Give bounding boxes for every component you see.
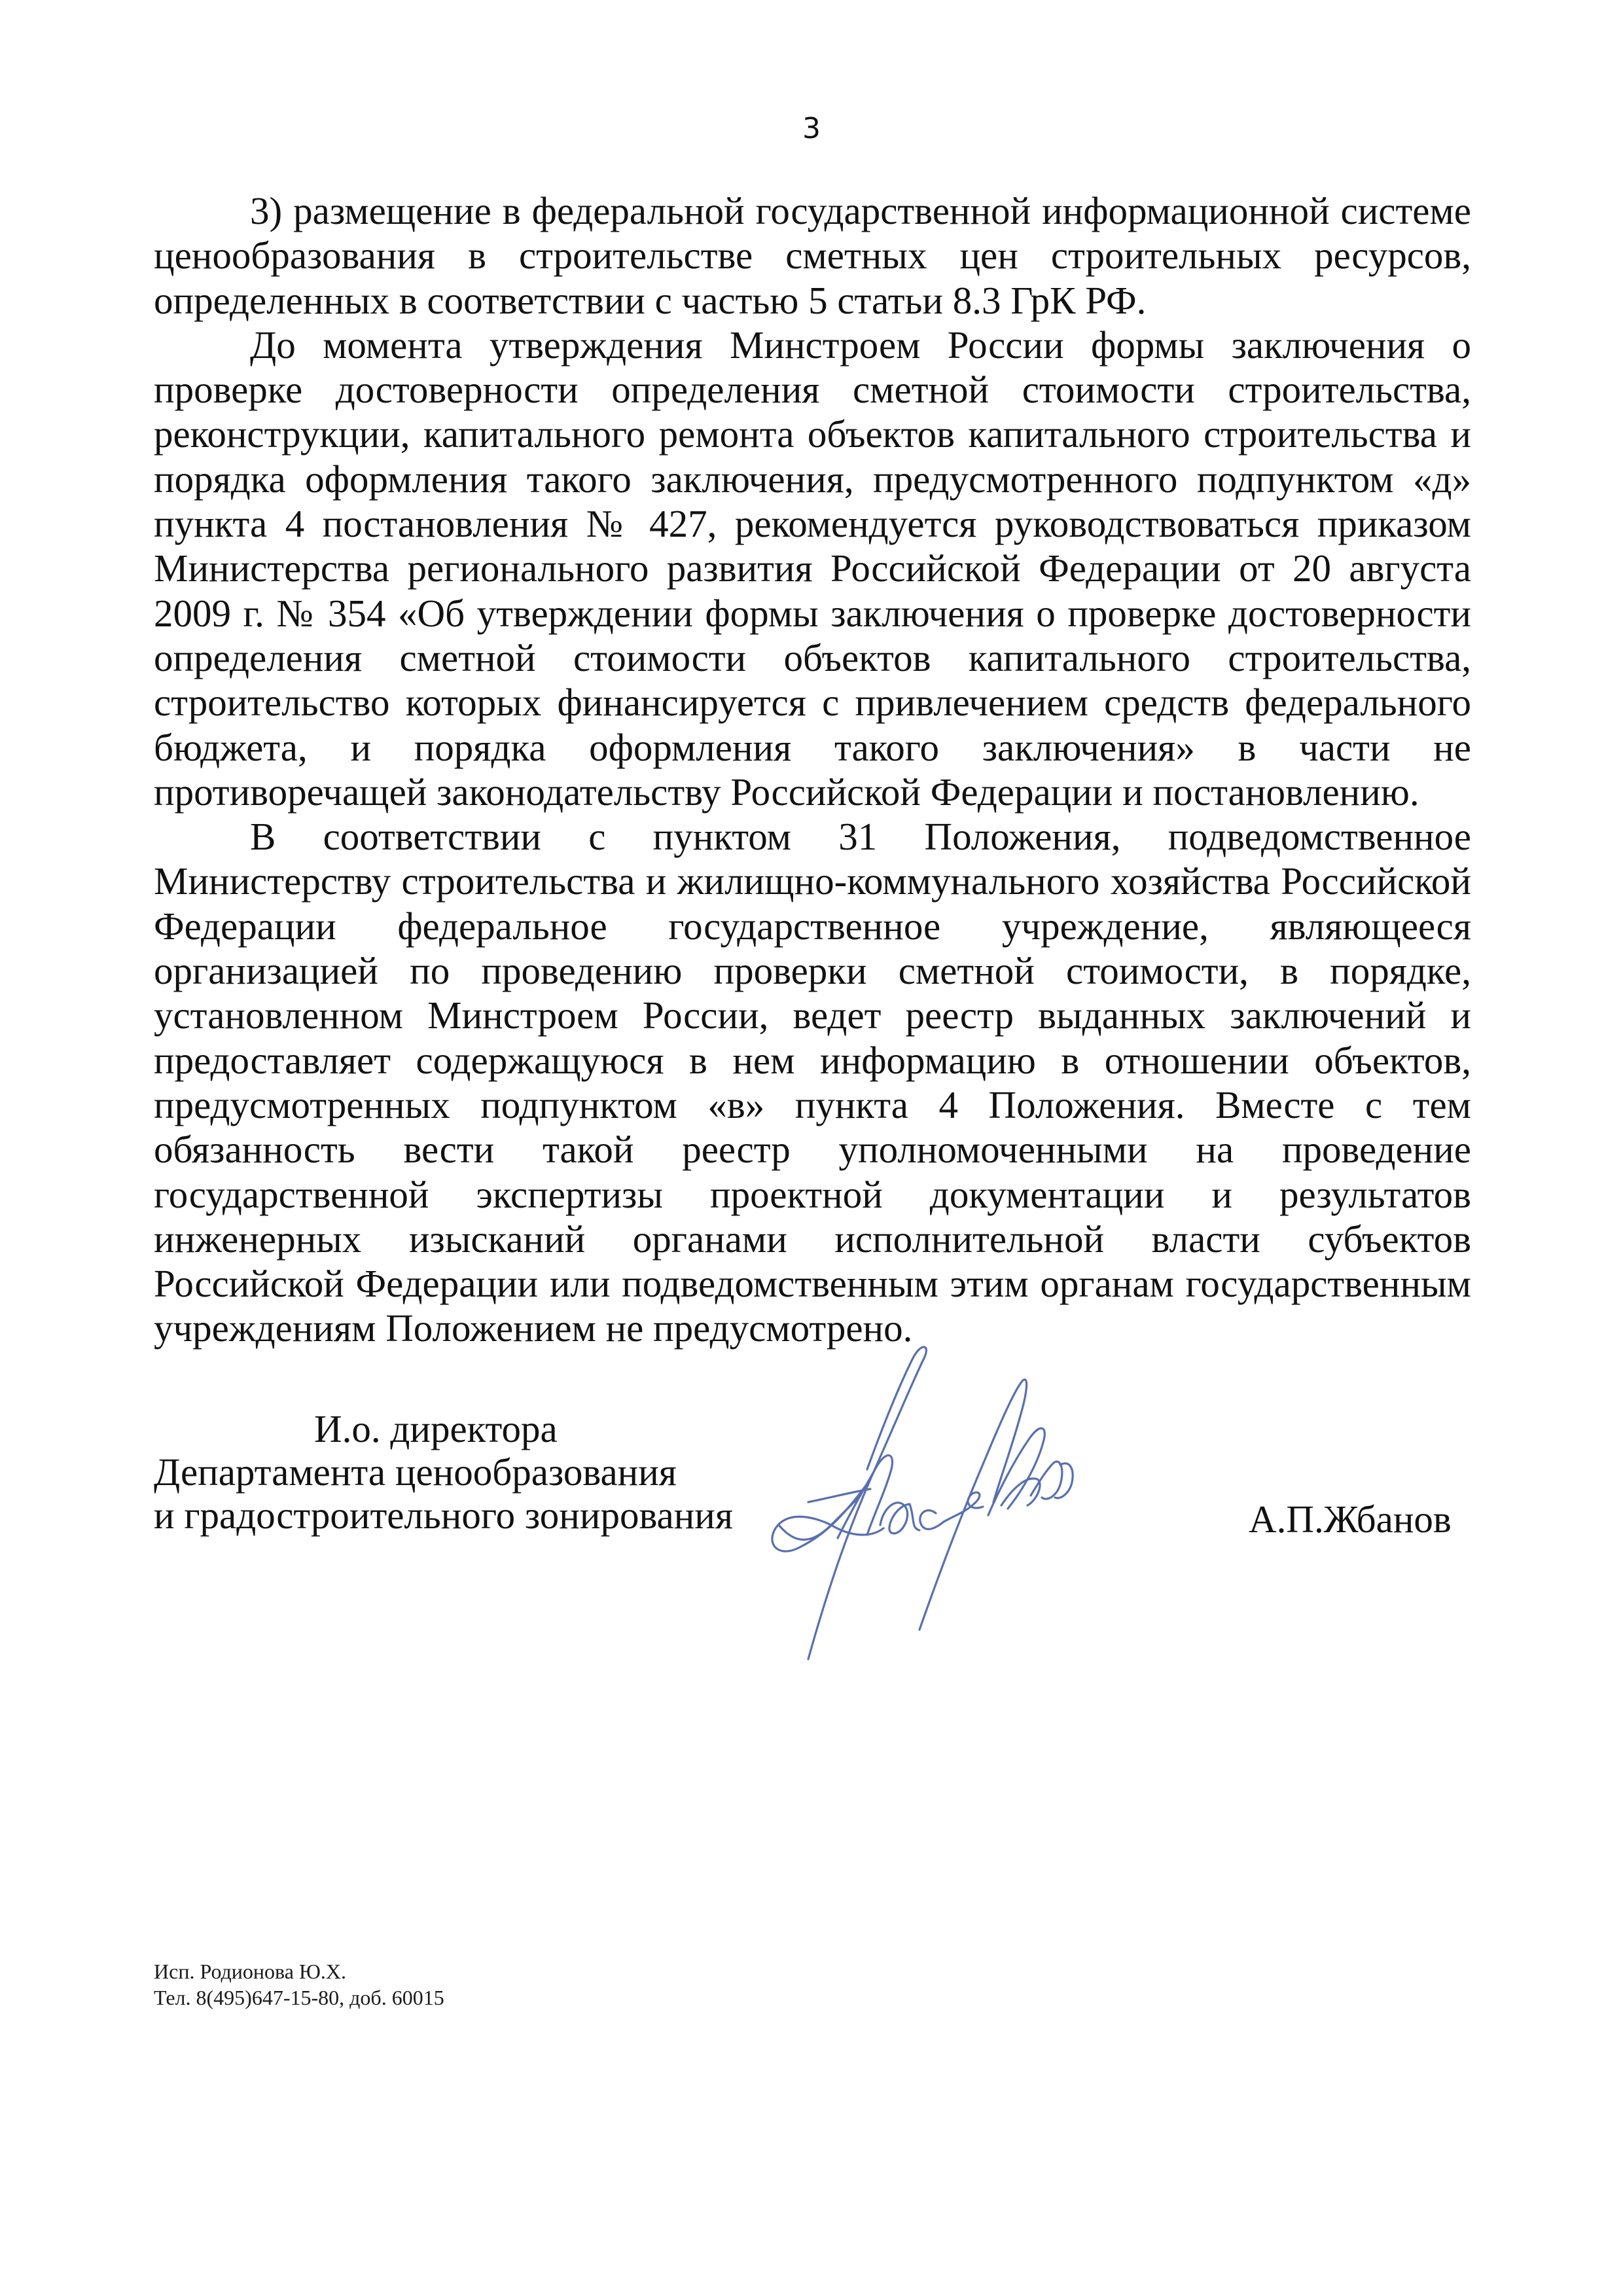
executor-footer: Исп. Родионова Ю.Х. Тел. 8(495)647-15-80…	[154, 1958, 444, 2011]
executor-phone: Тел. 8(495)647-15-80, доб. 60015	[154, 1984, 444, 2011]
paragraph-registry: В соответствии с пунктом 31 Положения, п…	[154, 814, 1471, 1351]
paragraph-item-3: 3) размещение в федеральной государствен…	[154, 188, 1471, 323]
executor-name: Исп. Родионова Ю.Х.	[154, 1958, 444, 1984]
signer-title: И.о. директора Департамента ценообразова…	[154, 1407, 743, 1537]
handwritten-signature-icon	[740, 1329, 1171, 1669]
signature-block: И.о. директора Департамента ценообразова…	[0, 1407, 1623, 1669]
letter-body: 3) размещение в федеральной государствен…	[154, 188, 1471, 1351]
signer-title-line: И.о. директора	[154, 1407, 743, 1450]
signer-title-line: и градостроительного зонирования	[154, 1494, 743, 1537]
page-number: 3	[0, 113, 1623, 145]
paragraph-form-of-conclusion: До момента утверждения Минстроем России …	[154, 323, 1471, 814]
signer-title-line: Департамента ценообразования	[154, 1450, 743, 1494]
signer-name: А.П.Жбанов	[1249, 1498, 1452, 1541]
